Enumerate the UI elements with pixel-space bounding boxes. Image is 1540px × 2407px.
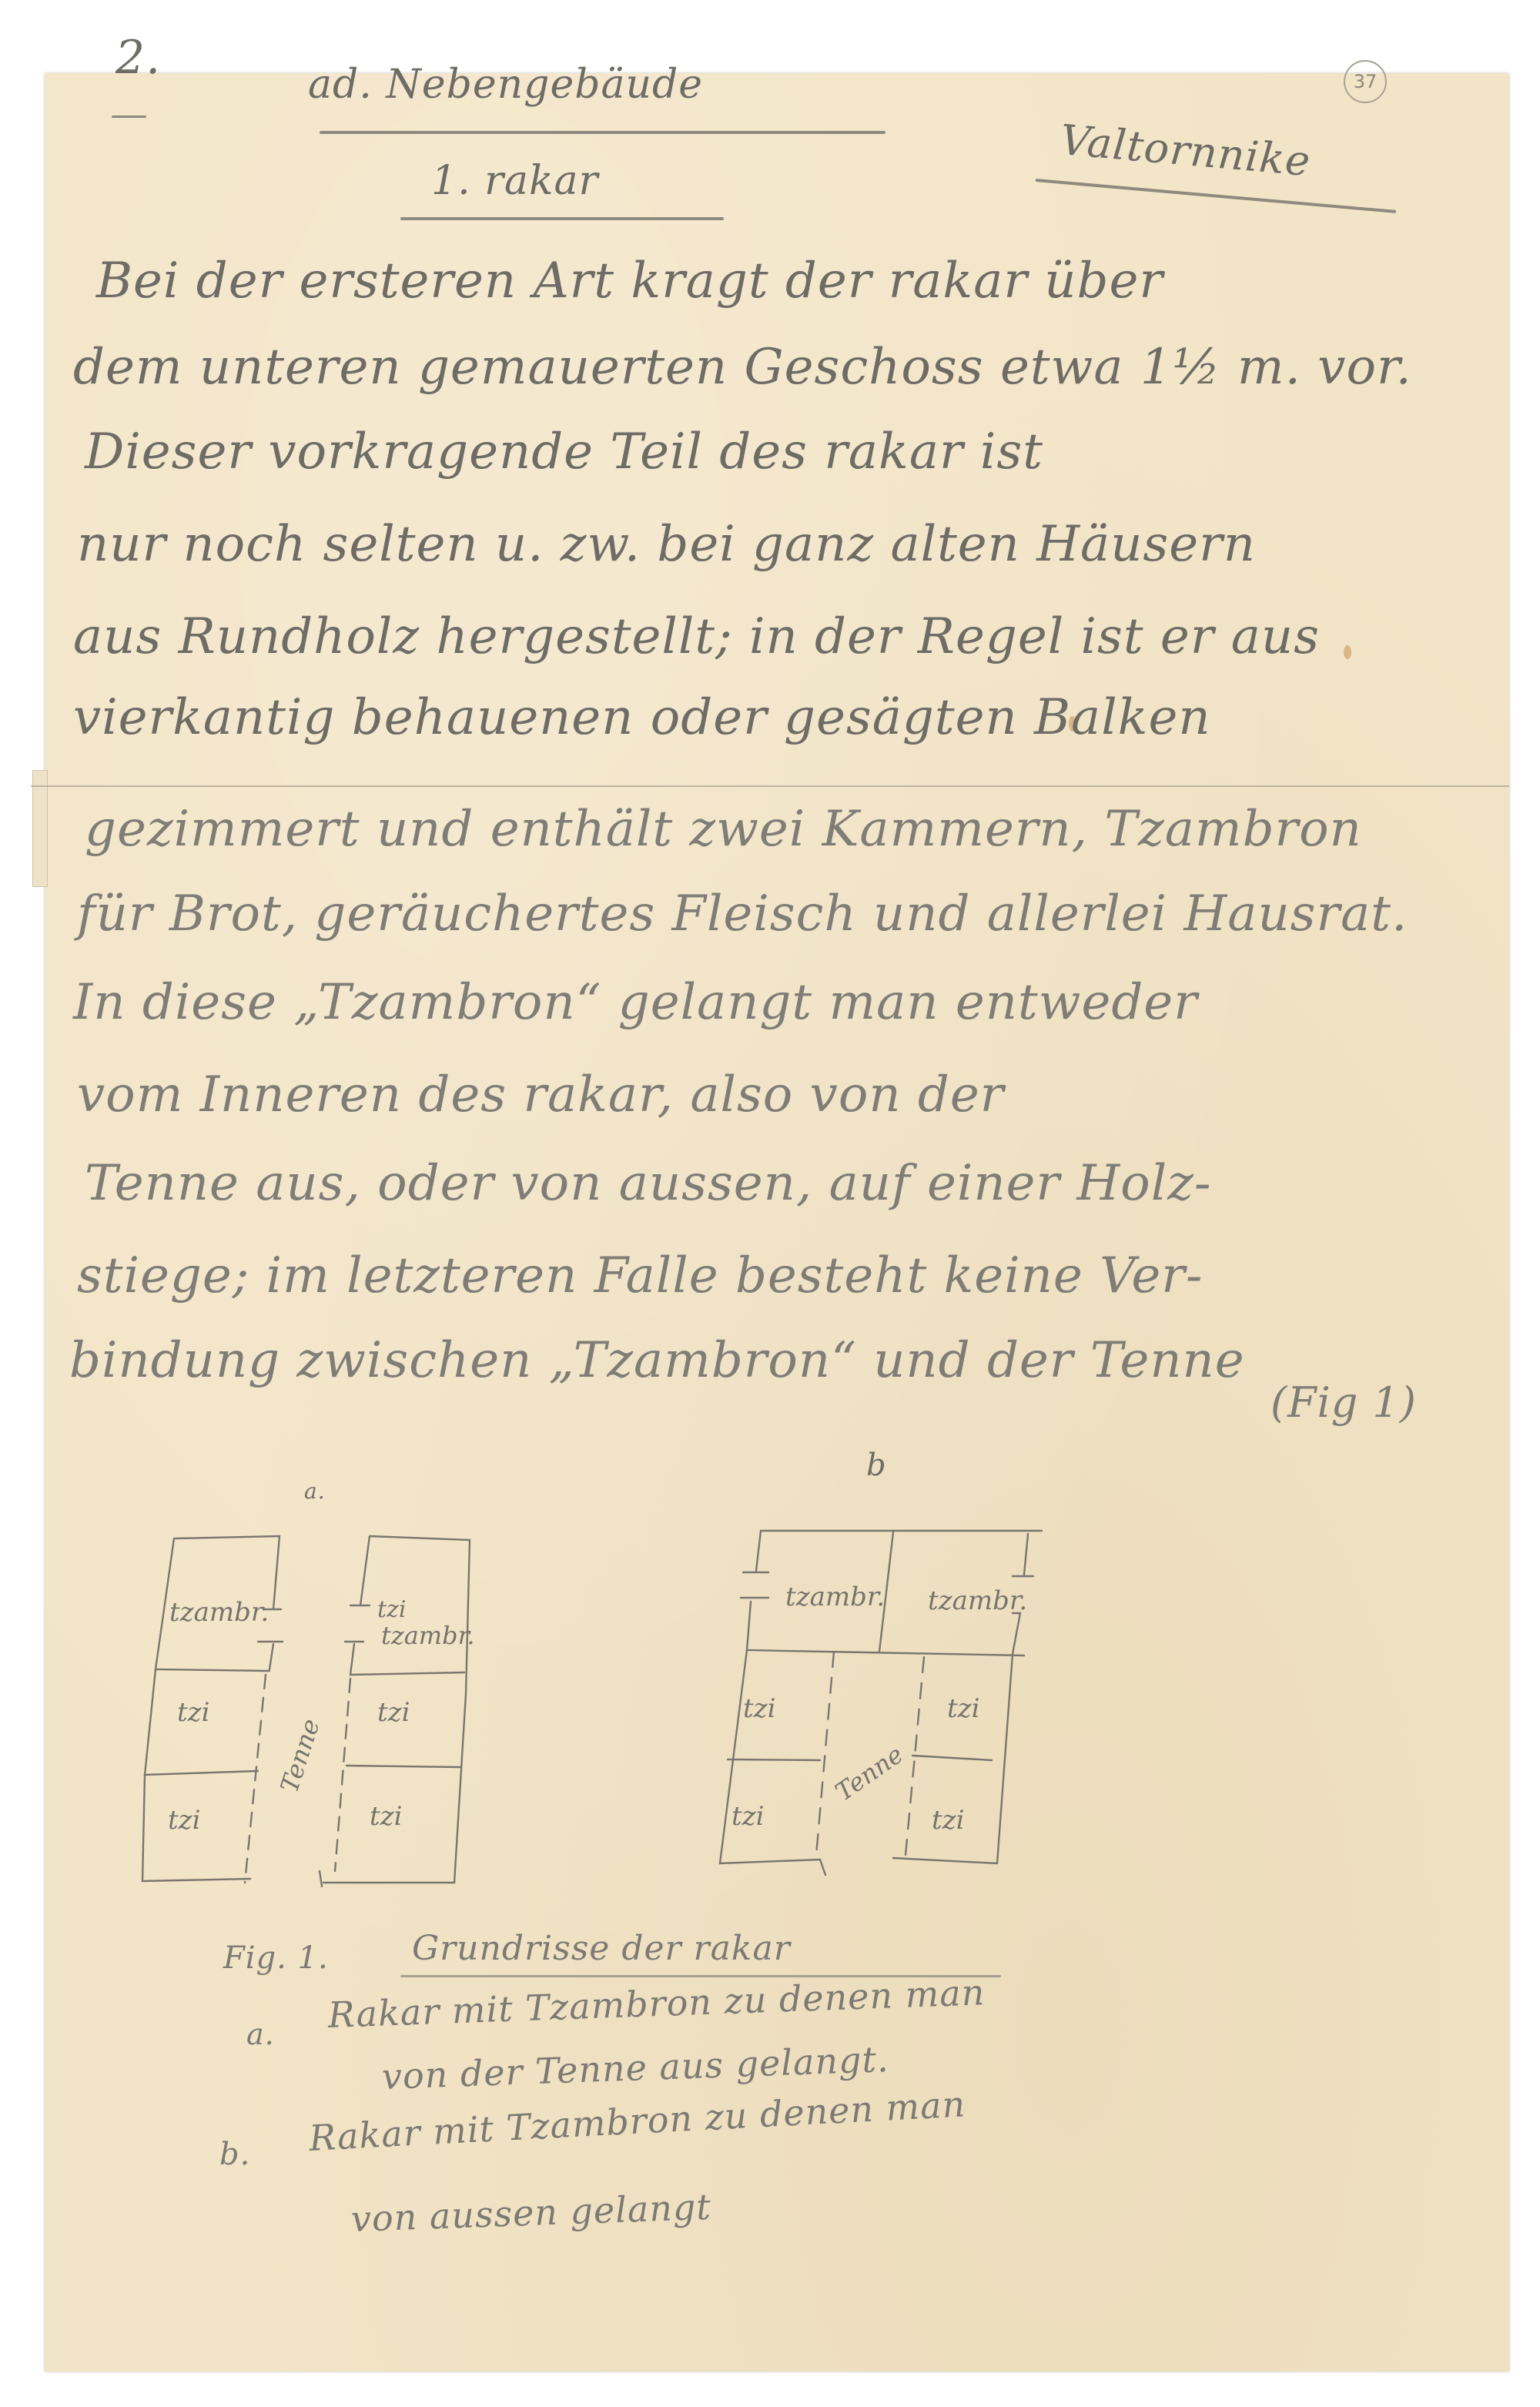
section-number-underline bbox=[112, 115, 146, 118]
body-line-10: vom Inneren des rakar, also von der bbox=[77, 1066, 1004, 1123]
body-line-3: Dieser vorkragende Teil des rakar ist bbox=[85, 423, 1043, 480]
body-line-13: bindung zwischen „Tzambron“ und der Tenn… bbox=[69, 1332, 1245, 1389]
body-line-2: dem unteren gemauerten Geschoss etwa 1½ … bbox=[73, 339, 1412, 396]
caption-title: Grundrisse der rakar bbox=[412, 1929, 791, 1968]
body-line-9: In diese „Tzambron“ gelangt man entweder bbox=[73, 974, 1198, 1031]
section-number: 2. bbox=[115, 31, 161, 85]
caption-fig-number: Fig. 1. bbox=[223, 1940, 329, 1976]
heading: ad. Nebengebäude bbox=[308, 62, 703, 108]
body-line-6: vierkantig behauenen oder gesägten Balke… bbox=[73, 689, 1211, 746]
caption-a-marker: a. bbox=[246, 2017, 275, 2051]
page-number-circle: 37 bbox=[1344, 60, 1387, 103]
room-label: tzi bbox=[370, 1801, 402, 1832]
floor-plan-a: tzambr. tzi tzi tzi tzambr. tzi tzi Tenn… bbox=[115, 1501, 500, 1886]
subheading-underline bbox=[400, 217, 724, 220]
room-label: tzi bbox=[947, 1693, 979, 1724]
floor-plan-b: tzambr. tzambr. tzi tzi tzi tzi Tenne bbox=[693, 1478, 1078, 1879]
body-line-12: stiege; im letzteren Falle besteht keine… bbox=[77, 1247, 1204, 1304]
room-label: tzambr. bbox=[785, 1582, 885, 1612]
corridor-label: Tenne bbox=[274, 1716, 325, 1796]
body-line-4: nur noch selten u. zw. bei ganz alten Hä… bbox=[77, 516, 1256, 573]
room-label: tzambr. bbox=[381, 1621, 475, 1650]
room-label: tzambr. bbox=[169, 1597, 269, 1628]
heading-underline bbox=[320, 131, 885, 134]
room-label: tzi bbox=[177, 1697, 209, 1728]
figure-reference: (Fig 1) bbox=[1270, 1378, 1417, 1427]
paper-overlap-edge bbox=[31, 785, 1509, 793]
room-label: tzi bbox=[377, 1596, 406, 1623]
body-line-7: gezimmert und enthält zwei Kammern, Tzam… bbox=[85, 801, 1362, 858]
body-line-1: Bei der ersteren Art kragt der rakar übe… bbox=[96, 253, 1163, 310]
body-line-8: für Brot, geräuchertes Fleisch und aller… bbox=[77, 885, 1408, 942]
room-label: tzi bbox=[168, 1805, 200, 1836]
subheading: 1. rakar bbox=[431, 158, 598, 204]
corridor-label: Tenne bbox=[830, 1739, 909, 1806]
body-line-11: Tenne aus, oder von aussen, auf einer Ho… bbox=[85, 1155, 1212, 1212]
room-label: tzi bbox=[932, 1805, 964, 1836]
room-label: tzambr. bbox=[928, 1585, 1027, 1616]
room-label: tzi bbox=[377, 1697, 410, 1728]
figure-label-a: a. bbox=[304, 1478, 326, 1504]
room-label: tzi bbox=[731, 1801, 764, 1832]
body-line-5: aus Rundholz hergestellt; in der Regel i… bbox=[73, 608, 1320, 665]
foxing-stain bbox=[1344, 645, 1351, 659]
caption-b-marker: b. bbox=[219, 2137, 250, 2172]
room-label: tzi bbox=[743, 1693, 775, 1724]
